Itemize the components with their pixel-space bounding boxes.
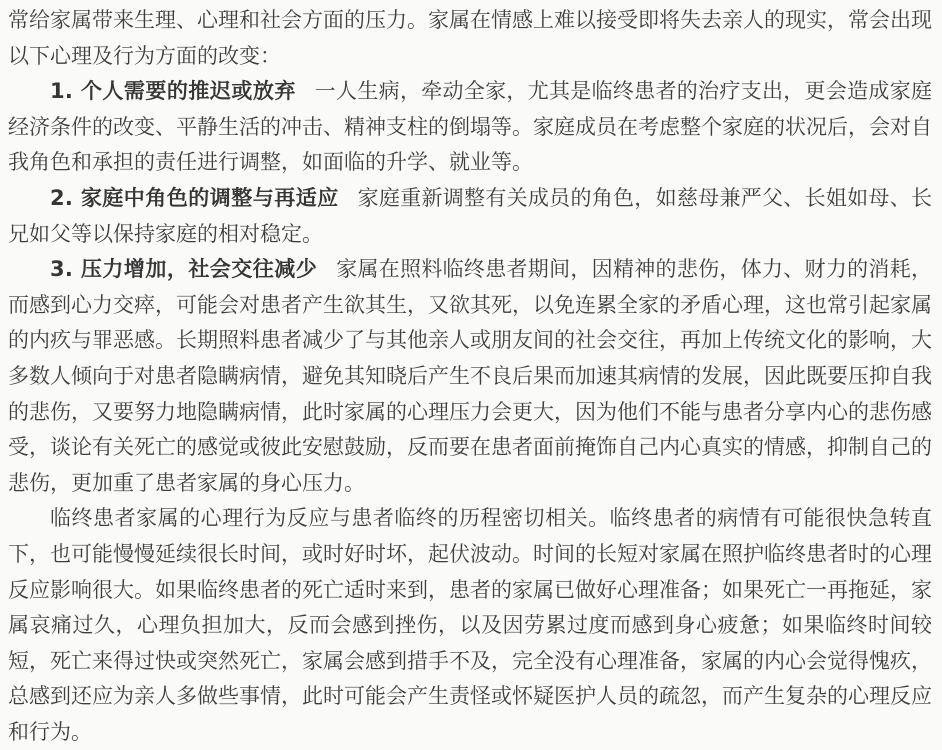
document-content: 常给家属带来生理、心理和社会方面的压力。家属在情感上难以接受即将失去亲人的现实，… <box>8 3 932 750</box>
paragraph-text: 常给家属带来生理、心理和社会方面的压力。家属在情感上难以接受即将失去亲人的现实，… <box>8 8 932 68</box>
paragraph: 1. 个人需要的推迟或放弃一人生病，牵动全家，尤其是临终患者的治疗支出，更会造成… <box>8 74 932 181</box>
numbered-section-heading: 3. 压力增加，社会交往减少 <box>50 257 317 281</box>
numbered-section-heading: 2. 家庭中角色的调整与再适应 <box>50 186 339 210</box>
paragraph: 临终患者家属的心理行为反应与患者临终的历程密切相关。临终患者的病情有可能很快急转… <box>8 501 932 750</box>
numbered-section-heading: 1. 个人需要的推迟或放弃 <box>50 79 296 103</box>
paragraph: 2. 家庭中角色的调整与再适应家庭重新调整有关成员的角色，如慈母兼严父、长姐如母… <box>8 181 932 252</box>
paragraph-text: 家属在照料临终患者期间，因精神的悲伤，体力、财力的消耗，而感到心力交瘁，可能会对… <box>8 257 932 495</box>
document-page: 常给家属带来生理、心理和社会方面的压力。家属在情感上难以接受即将失去亲人的现实，… <box>0 0 942 750</box>
paragraph: 3. 压力增加，社会交往减少家属在照料临终患者期间，因精神的悲伤，体力、财力的消… <box>8 252 932 501</box>
paragraph-text: 临终患者家属的心理行为反应与患者临终的历程密切相关。临终患者的病情有可能很快急转… <box>8 506 932 744</box>
paragraph: 常给家属带来生理、心理和社会方面的压力。家属在情感上难以接受即将失去亲人的现实，… <box>8 3 932 74</box>
